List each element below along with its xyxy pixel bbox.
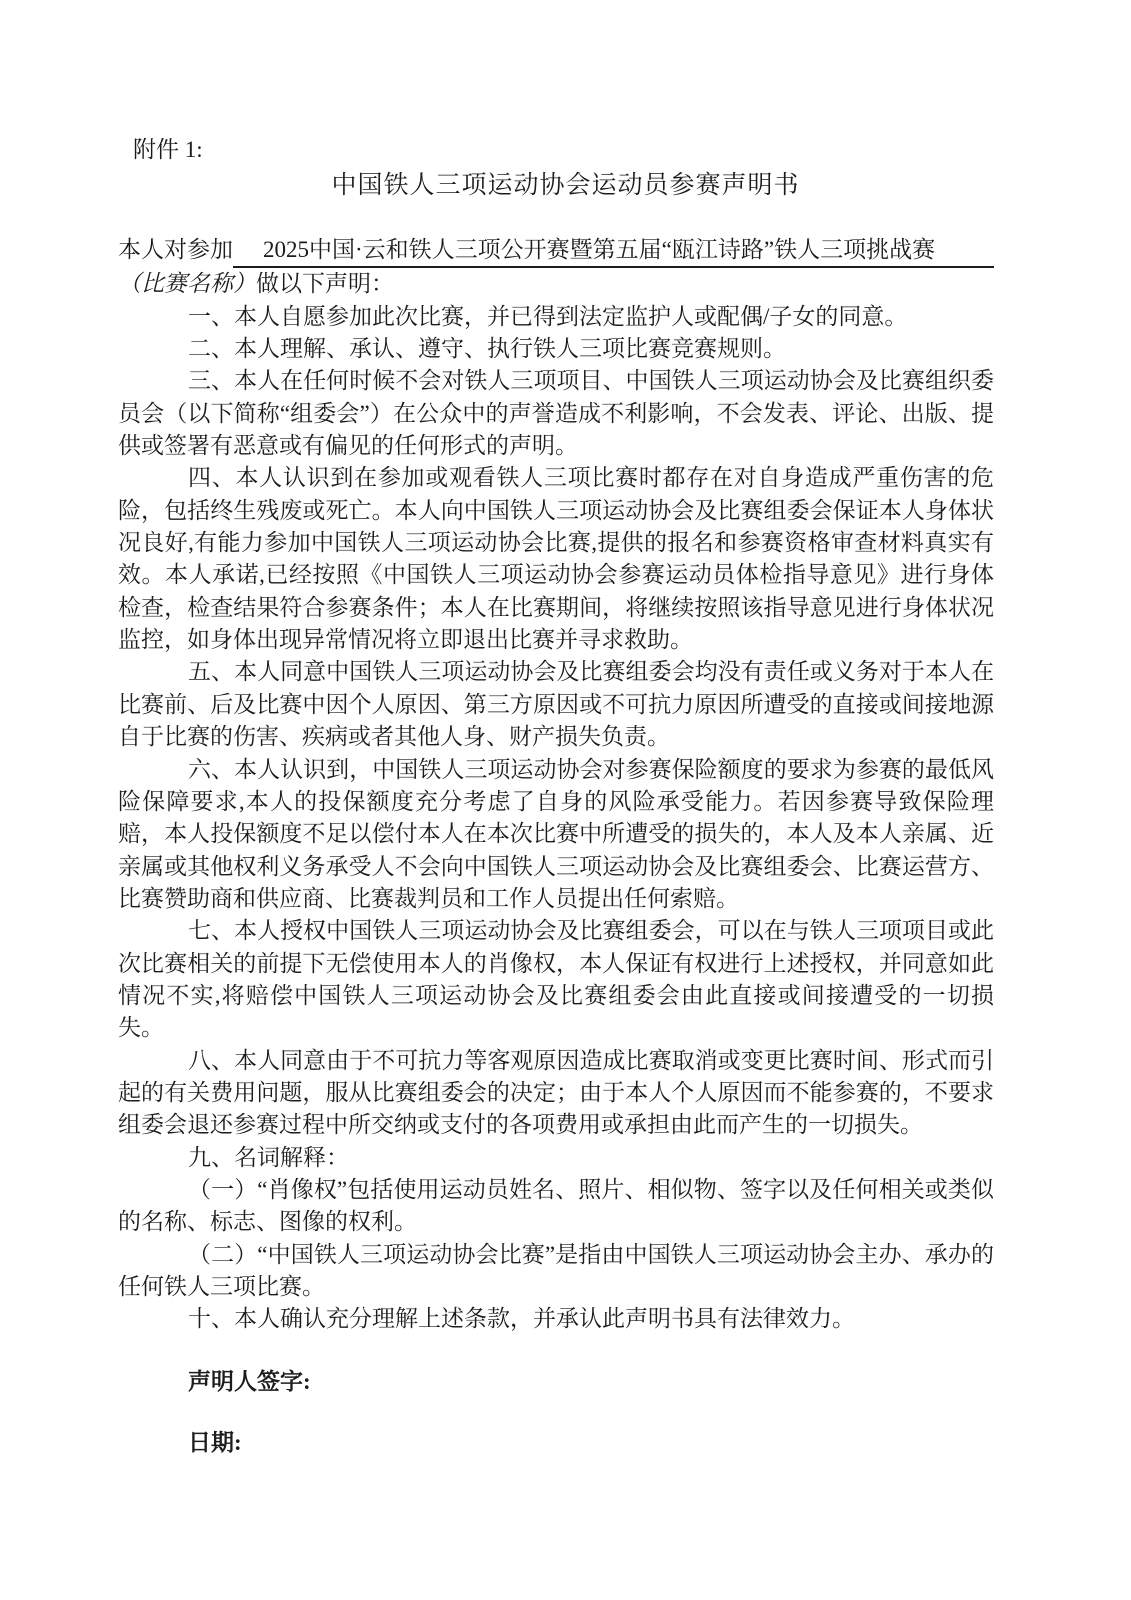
clause-9-sub-1: （一）“肖像权”包括使用运动员姓名、照片、相似物、签字以及任何相关或类似的名称、… (118, 1174, 994, 1239)
document-title: 中国铁人三项运动协会运动员参赛声明书 (0, 170, 1131, 201)
opening-prefix: 本人对参加 (118, 234, 233, 266)
race-name-note: （比赛名称） (118, 271, 256, 296)
race-name-underlined: 2025中国·云和铁人三项公开赛暨第五届“瓯江诗路”铁人三项挑战赛 (233, 234, 994, 268)
clause-3: 三、本人在任何时候不会对铁人三项项目、中国铁人三项运动协会及比赛组织委员会（以下… (118, 365, 994, 462)
document-page: 附件 1: 中国铁人三项运动协会运动员参赛声明书 本人对参加2025中国·云和铁… (0, 0, 1131, 1600)
date-label: 日期: (188, 1427, 242, 1459)
clause-10: 十、本人确认充分理解上述条款，并承认此声明书具有法律效力。 (118, 1303, 994, 1335)
clause-8: 八、本人同意由于不可抗力等客观原因造成比赛取消或变更比赛时间、形式而引起的有关费… (118, 1045, 994, 1142)
clause-4: 四、本人认识到在参加或观看铁人三项比赛时都存在对自身造成严重伤害的危险，包括终生… (118, 462, 994, 656)
clause-5: 五、本人同意中国铁人三项运动协会及比赛组委会均没有责任或义务对于本人在比赛前、后… (118, 656, 994, 753)
clause-9: 九、名词解释： (118, 1142, 994, 1174)
clause-2: 二、本人理解、承认、遵守、执行铁人三项比赛竞赛规则。 (118, 333, 994, 365)
clause-6: 六、本人认识到，中国铁人三项运动协会对参赛保险额度的要求为参赛的最低风险保障要求… (118, 754, 994, 916)
document-body: 本人对参加2025中国·云和铁人三项公开赛暨第五届“瓯江诗路”铁人三项挑战赛 （… (118, 234, 994, 1336)
declaration-lead: 做以下声明： (256, 271, 394, 296)
clause-7: 七、本人授权中国铁人三项运动协会及比赛组委会，可以在与铁人三项项目或此次比赛相关… (118, 915, 994, 1044)
signature-label: 声明人签字: (188, 1366, 311, 1398)
clause-9-sub-2: （二）“中国铁人三项运动协会比赛”是指由中国铁人三项运动协会主办、承办的任何铁人… (118, 1239, 994, 1304)
attachment-label: 附件 1: (133, 135, 203, 165)
clause-1: 一、本人自愿参加此次比赛，并已得到法定监护人或配偶/子女的同意。 (118, 301, 994, 333)
opening-note-line: （比赛名称）做以下声明： (118, 268, 994, 300)
opening-line: 本人对参加2025中国·云和铁人三项公开赛暨第五届“瓯江诗路”铁人三项挑战赛 (118, 234, 994, 268)
